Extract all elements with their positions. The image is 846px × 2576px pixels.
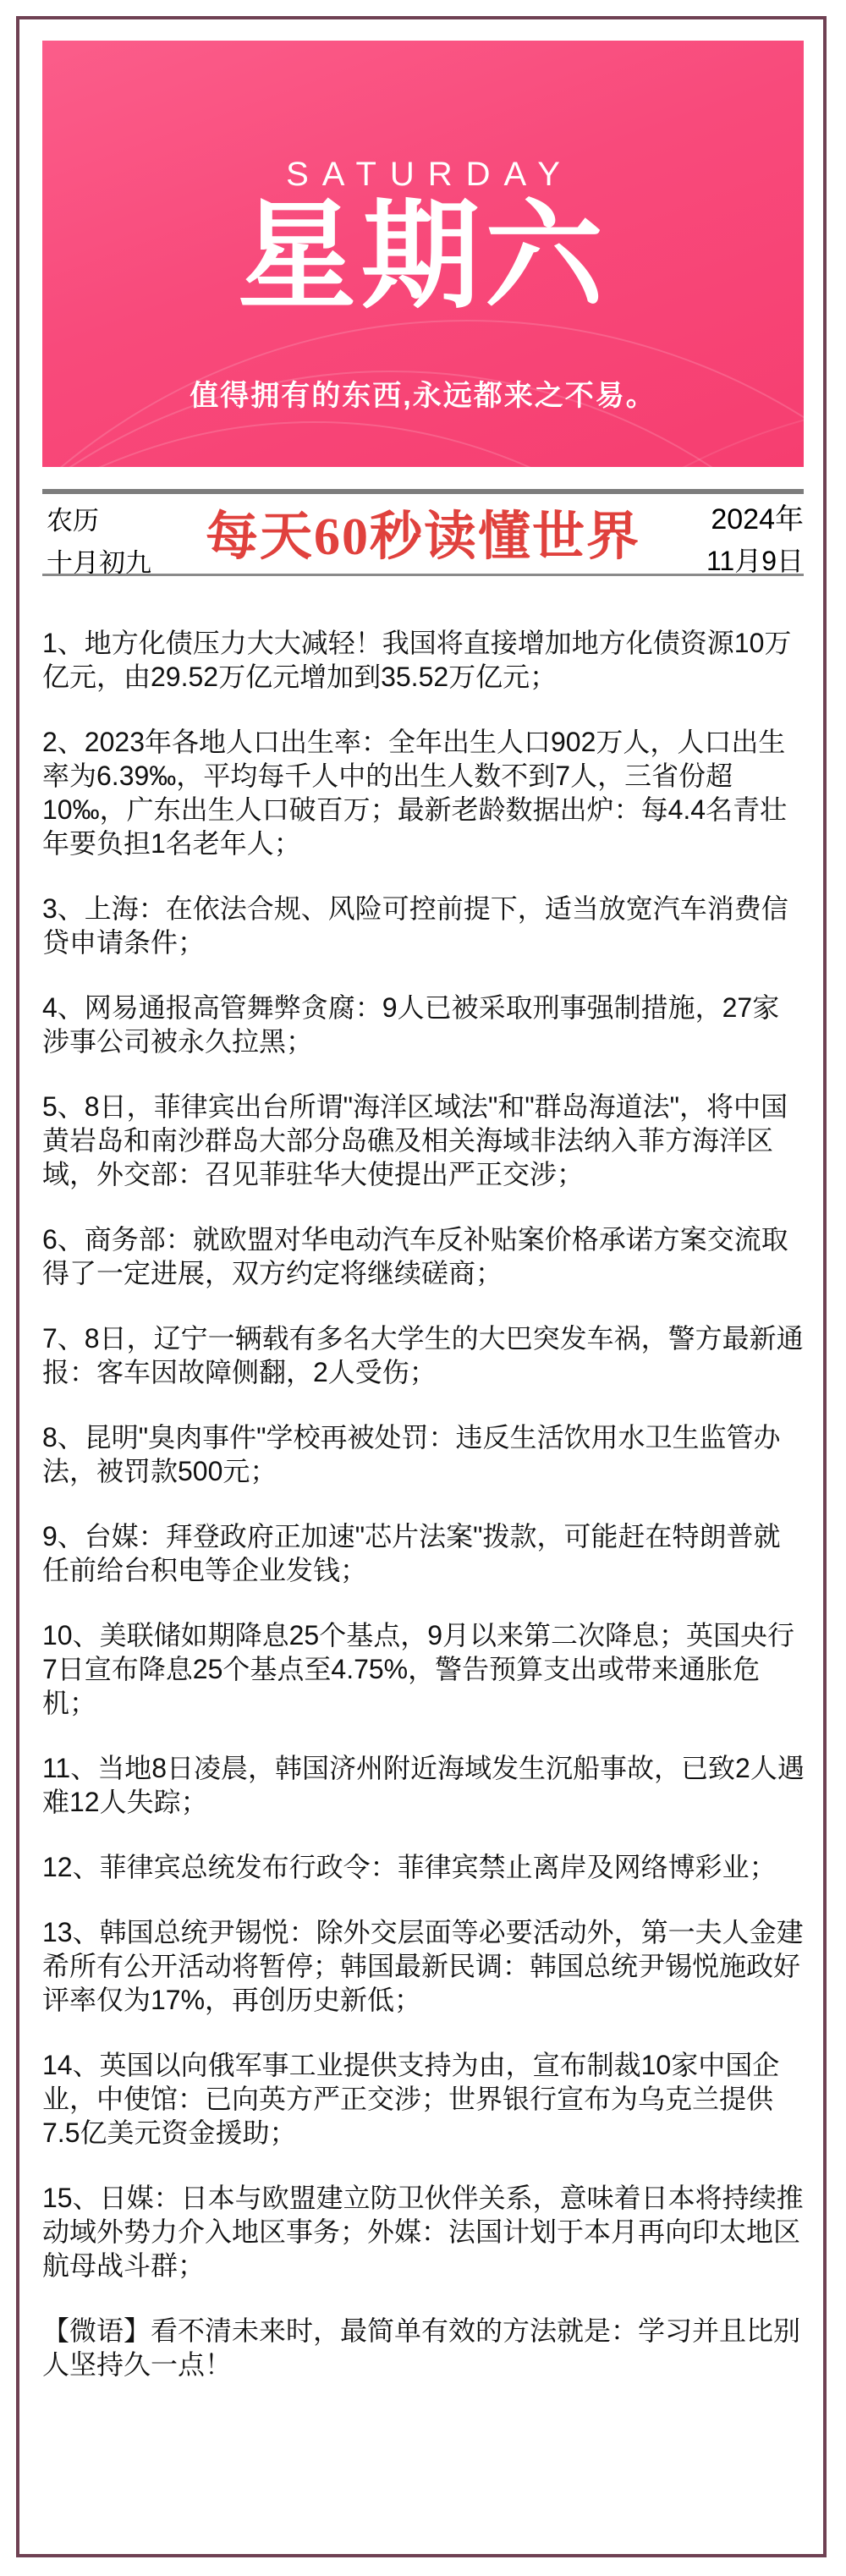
news-item: 12、菲律宾总统发布行政令：菲律宾禁止离岸及网络博彩业； [42, 1850, 805, 1884]
news-item: 6、商务部：就欧盟对华电动汽车反补贴案价格承诺方案交流取得了一定进展，双方约定将… [42, 1222, 805, 1290]
news-item: 3、上海：在依法合规、风险可控前提下，适当放宽汽车消费信贷申请条件； [42, 892, 805, 959]
hero-card: SATURDAY 星期六 值得拥有的东西,永远都来之不易。 [42, 41, 804, 467]
news-item: 13、韩国总统尹锡悦：除外交层面等必要活动外，第一夫人金建希所有公开活动将暂停；… [42, 1915, 805, 2017]
news-item: 2、2023年各地人口出生率：全年出生人口902万人，人口出生率为6.39‰，平… [42, 725, 805, 860]
divider-bottom [42, 574, 804, 576]
news-item: 10、美联储如期降息25个基点，9月以来第二次降息；英国央行7日宣布降息25个基… [42, 1618, 805, 1720]
daily-digest-title: 每天60秒读懂世界 [42, 494, 804, 569]
news-item: 5、8日，菲律宾出台所谓"海洋区域法"和"群岛海道法"，将中国黄岩岛和南沙群岛大… [42, 1090, 805, 1191]
gregorian-year: 2024年 [711, 496, 804, 537]
news-item: 7、8日，辽宁一辆载有多名大学生的大巴突发车祸，警方最新通报：客车因故障侧翻，2… [42, 1321, 805, 1389]
news-item: 14、英国以向俄军事工业提供支持为由，宣布制裁10家中国企业，中使馆：已向英方严… [42, 2048, 805, 2150]
news-item: 11、当地8日凌晨，韩国济州附近海域发生沉船事故，已致2人遇难12人失踪； [42, 1751, 805, 1819]
news-list: 1、地方化债压力大大减轻！我国将直接增加地方化债资源10万亿元，由29.52万亿… [42, 626, 805, 2413]
news-item: 15、日媒：日本与欧盟建立防卫伙伴关系，意味着日本将持续推动域外势力介入地区事务… [42, 2181, 805, 2282]
hero-tagline: 值得拥有的东西,永远都来之不易。 [42, 372, 804, 414]
news-item: 1、地方化债压力大大减轻！我国将直接增加地方化债资源10万亿元，由29.52万亿… [42, 626, 805, 694]
news-item: 9、台媒：拜登政府正加速"芯片法案"拨款，可能赶在特朗普就任前给台积电等企业发钱… [42, 1519, 805, 1587]
weekday-en-label: SATURDAY [42, 156, 804, 194]
weiyu-quote: 【微语】看不清未来时，最简单有效的方法就是：学习并且比别人坚持久一点！ [42, 2314, 805, 2381]
weekday-zh-label: 星期六 [42, 189, 804, 326]
news-item: 4、网易通报高管舞弊贪腐：9人已被采取刑事强制措施，27家涉事公司被永久拉黑； [42, 991, 805, 1058]
news-item: 8、昆明"臭肉事件"学校再被处罚：违反生活饮用水卫生监管办法，被罚款500元； [42, 1420, 805, 1488]
